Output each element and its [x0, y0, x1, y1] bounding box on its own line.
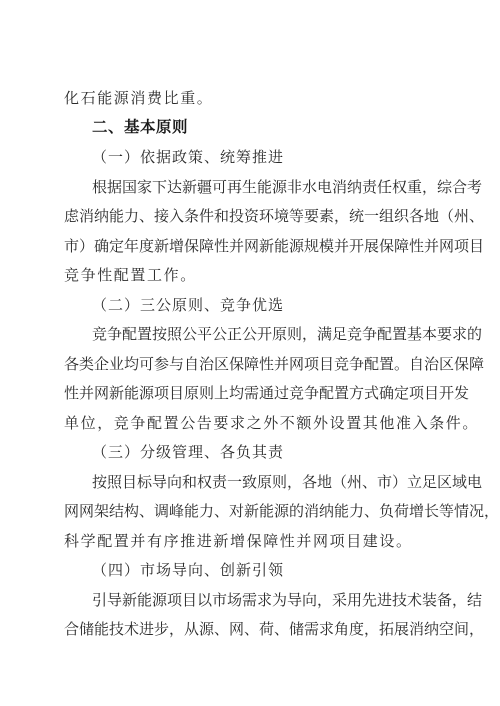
paragraph-line: 市）确定年度新增保障性并网新能源规模并开展保障性并网项目: [64, 236, 436, 256]
subheading-policy-coordination: （一）依据政策、统筹推进: [92, 147, 436, 167]
subheading-fair-competition: （二）三公原则、竞争优选: [92, 295, 436, 315]
subheading-tiered-management: （三）分级管理、各负其责: [92, 442, 436, 462]
paragraph-line: 虑消纳能力、接入条件和投资环境等要素，统一组织各地（州、: [64, 206, 436, 226]
paragraph-line: 网网架结构、调峰能力、对新能源的消纳能力、负荷增长等情况，: [64, 501, 436, 521]
subheading-market-innovation: （四）市场导向、创新引领: [92, 560, 436, 580]
paragraph-line: 科学配置并有序推进新增保障性并网项目建设。: [64, 531, 436, 551]
paragraph-line: 单位，竞争配置公告要求之外不额外设置其他准入条件。: [64, 413, 436, 433]
paragraph-line: 根据国家下达新疆可再生能源非水电消纳责任权重，综合考: [92, 177, 436, 197]
paragraph-line: 性并网新能源项目原则上均需通过竞争配置方式确定项目开发: [64, 383, 436, 403]
paragraph-line: 竞争性配置工作。: [64, 265, 436, 285]
paragraph-line: 按照目标导向和权责一致原则，各地（州、市）立足区域电: [92, 472, 436, 492]
paragraph-line: 竞争配置按照公平公正公开原则，满足竞争配置基本要求的: [92, 324, 436, 344]
paragraph-line: 引导新能源项目以市场需求为导向，采用先进技术装备，结: [92, 590, 436, 610]
paragraph-end-line: 化石能源消费比重。: [64, 88, 436, 108]
document-page: 化石能源消费比重。 二、基本原则 （一）依据政策、统筹推进 根据国家下达新疆可再…: [0, 0, 500, 706]
paragraph-line: 各类企业均可参与自治区保障性并网项目竞争配置。自治区保障: [64, 354, 436, 374]
paragraph-line: 合储能技术进步，从源、网、荷、储需求角度，拓展消纳空间，: [64, 619, 436, 639]
section-heading-basic-principles: 二、基本原则: [92, 117, 436, 137]
